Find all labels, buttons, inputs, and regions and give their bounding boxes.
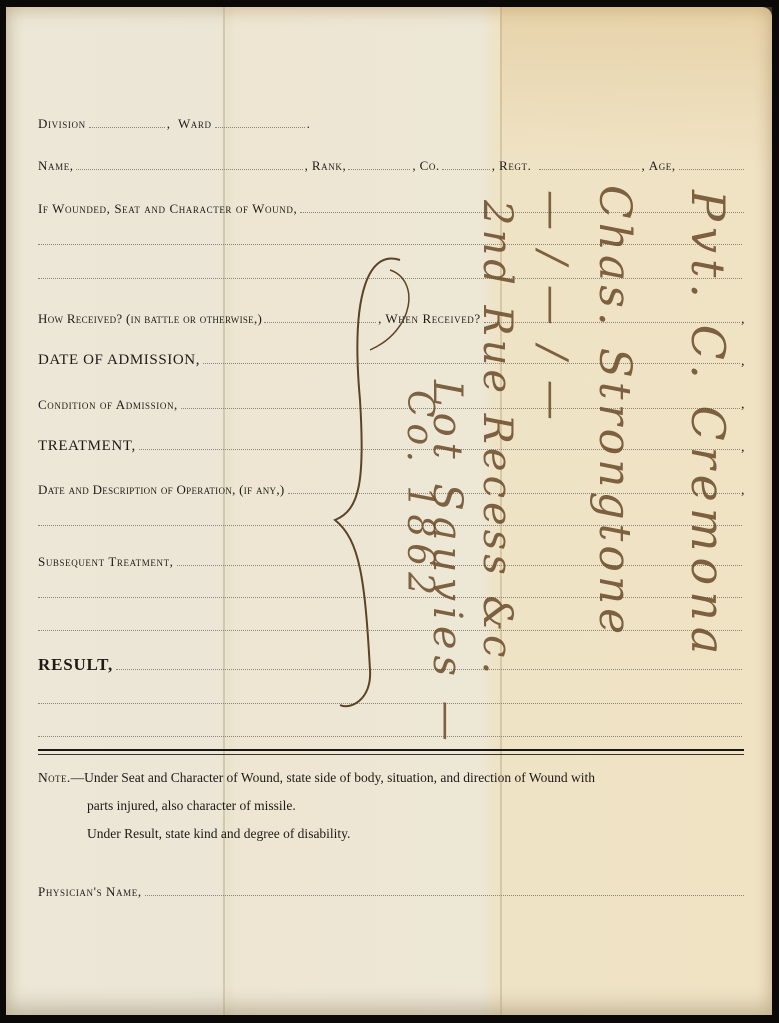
handwritten-bracket-note: Co. 1862 xyxy=(399,390,440,601)
age-field[interactable] xyxy=(679,157,744,170)
handwritten-line-2: Chas. Strongtone xyxy=(589,185,640,638)
division-field[interactable] xyxy=(89,115,165,128)
age-label: Age, xyxy=(649,158,676,174)
name-field[interactable] xyxy=(76,157,303,170)
physician-row: Physician's Name, xyxy=(38,883,744,903)
handwritten-line-3: — / — / — xyxy=(529,190,575,424)
division-label: Division xyxy=(38,116,86,132)
condition-label: Condition of Admission, xyxy=(38,397,178,413)
divider-rule xyxy=(38,749,744,751)
date-of-admission-label: DATE OF ADMISSION, xyxy=(38,352,200,369)
rank-field[interactable] xyxy=(348,157,410,170)
note-line-1: —Under Seat and Character of Wound, stat… xyxy=(71,770,595,785)
wound-field[interactable] xyxy=(300,200,744,213)
age-stain xyxy=(500,7,772,167)
subsequent-treatment-label: Subsequent Treatment, xyxy=(38,554,174,570)
ward-label: Ward xyxy=(178,116,212,132)
note-line-2: parts injured, also character of missile… xyxy=(38,792,748,820)
company-field[interactable] xyxy=(442,157,490,170)
physician-field[interactable] xyxy=(145,883,744,896)
result-label: RESULT, xyxy=(38,655,113,675)
company-label: Co. xyxy=(420,158,440,174)
operation-label: Date and Description of Operation, (if a… xyxy=(38,482,285,498)
name-rank-row: Name, , Rank, , Co. , Regt. , Age, xyxy=(38,157,744,177)
rank-label: Rank, xyxy=(312,158,346,174)
how-received-label: How Received? (in battle or otherwise,) xyxy=(38,311,262,327)
name-label: Name, xyxy=(38,158,74,174)
date-of-admission-field[interactable] xyxy=(203,351,740,364)
handwritten-line-4: 2nd Rue Recess &c. xyxy=(474,200,520,678)
physician-label: Physician's Name, xyxy=(38,884,142,900)
note-line-3: Under Result, state kind and degree of d… xyxy=(38,820,748,848)
division-ward-row: Division , Ward . xyxy=(38,115,338,135)
regiment-label: Regt. xyxy=(499,158,531,174)
wound-label: If Wounded, Seat and Character of Wound, xyxy=(38,201,297,217)
handwritten-name: Pvt. C. Cremona xyxy=(681,190,735,660)
treatment-label: TREATMENT, xyxy=(38,438,136,455)
regiment-field[interactable] xyxy=(539,157,639,170)
ward-field[interactable] xyxy=(215,115,305,128)
divider-rule-thin xyxy=(38,754,744,755)
note-label: Note. xyxy=(38,770,71,785)
instructions-note: Note.—Under Seat and Character of Wound,… xyxy=(38,764,748,848)
result-line-3[interactable] xyxy=(38,736,742,737)
